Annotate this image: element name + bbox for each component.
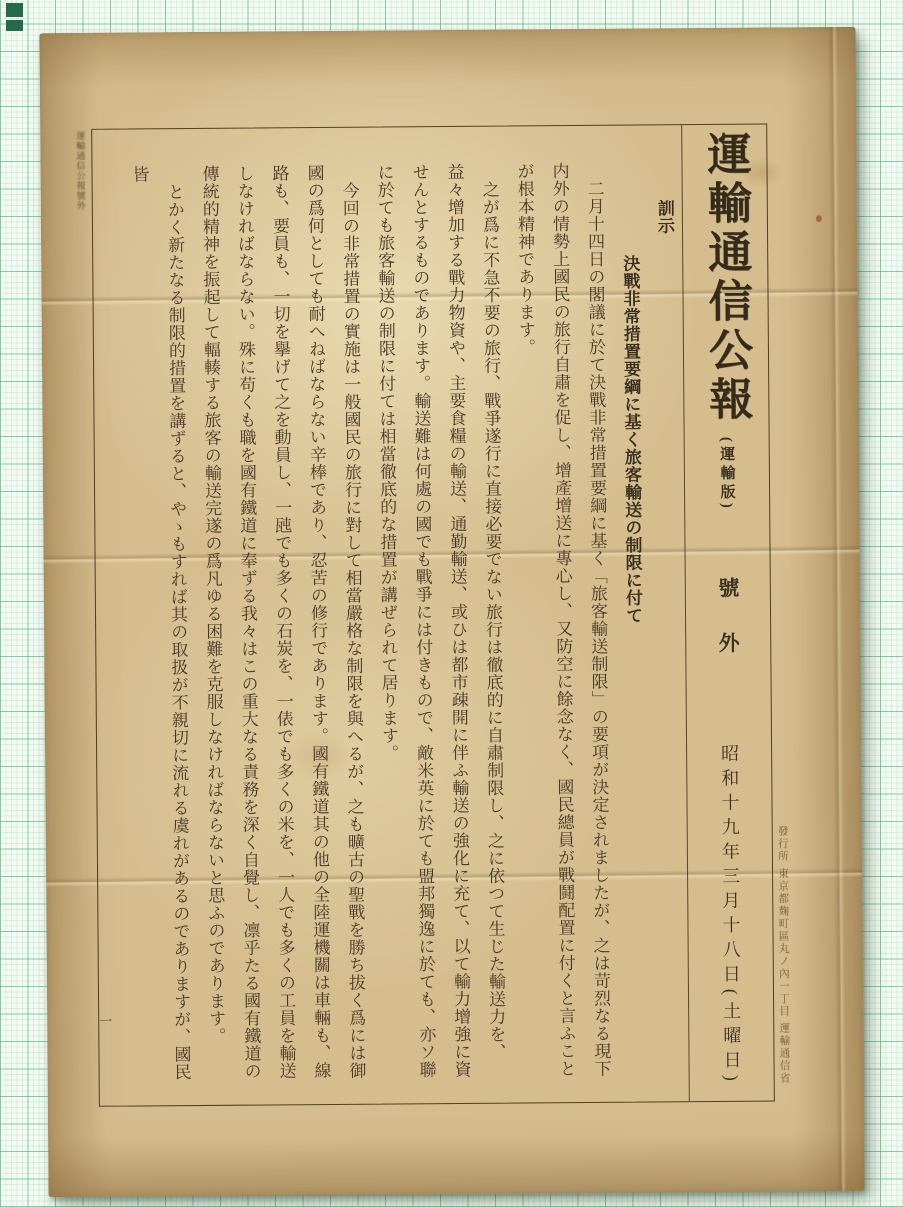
corner-mark xyxy=(6,20,23,31)
print-frame: 運輸通信公報 (運輸版) 號外 昭和十九年三月十八日(土曜日) 訓示 決戰非常措… xyxy=(91,124,775,1107)
corner-mark xyxy=(6,3,23,17)
photo-backdrop: 運輸通信公報號外 一 發行所 東京都麹町區丸ノ內一丁目 運輸通信省 運輸通信公報… xyxy=(0,0,903,1207)
publisher-imprint: 發行所 東京都麹町區丸ノ內一丁目 運輸通信省 xyxy=(775,825,792,1084)
scanned-document: 運輸通信公報號外 一 發行所 東京都麹町區丸ノ內一丁目 運輸通信省 運輸通信公報… xyxy=(39,27,864,1197)
body-paragraph: とかく新たなる制限的措置を講ずると、やゝもすれば其の取扱が不親切に流れる虞れがあ… xyxy=(121,165,198,1094)
body-paragraph: 之が爲に不急不要の旅行、戰爭遂行に直接必要でない旅行は徹底的に自肅制限し、之に依… xyxy=(366,163,513,1092)
masthead-column: 運輸通信公報 (運輸版) 號外 昭和十九年三月十八日(土曜日) xyxy=(681,125,774,1102)
paper-stain xyxy=(816,215,822,222)
subtitle: 決戰非常措置要綱に基く旅客輸送の制限に付て xyxy=(611,161,653,1089)
issue-date: 昭和十九年三月十八日(土曜日) xyxy=(716,744,745,1088)
body-paragraph: 今回の非常措置の實施は一般國民の旅行に對して相當嚴格な制限を與へるが、之も曠古の… xyxy=(191,164,373,1093)
fold-crease-vertical xyxy=(827,27,846,1191)
issue-label: 號外 xyxy=(713,577,744,687)
body-text: 訓示 決戰非常措置要綱に基く旅客輸送の制限に付て 二月十四日の閣議に於て決戰非常… xyxy=(102,161,688,1094)
spine-label: 運輸通信公報號外 xyxy=(74,131,88,211)
gazette-title: 運輸通信公報 xyxy=(692,131,758,425)
heading-kunji: 訓示 xyxy=(646,161,688,1089)
body-paragraph: 二月十四日の閣議に於て決戰非常措置要綱に基く「旅客輸送制限」の要項が決定されまし… xyxy=(506,162,618,1091)
edition-label: (運輸版) xyxy=(716,437,738,512)
